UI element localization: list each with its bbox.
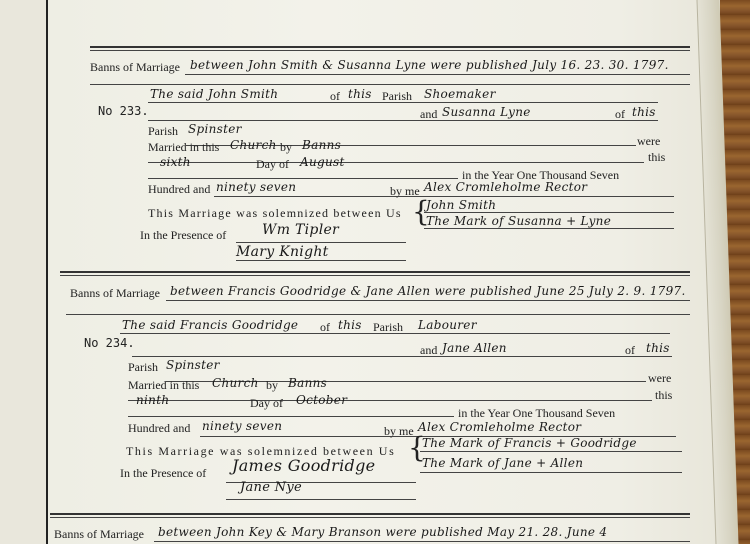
fill-line [132,356,672,357]
marriage-day: ninth [136,393,169,407]
this-label: this [648,150,665,164]
officiant: Alex Cromleholme Rector [418,420,581,434]
fill-line [154,541,690,542]
divider-rule [90,46,690,48]
party1-signature: The Mark of Francis + Goodridge [422,436,637,450]
marriage-method: Banns [288,376,327,390]
divider-rule [66,314,690,315]
banns-text: between John Smith & Susanna Lyne were p… [190,58,669,72]
groom-occupation: Labourer [418,318,477,332]
witness1-signature: James Goodridge [232,459,375,473]
divider-rule [90,50,690,51]
bride-status: Spinster [166,358,220,372]
entry-number: No 234. [84,336,135,350]
marriage-place: Church [230,138,277,152]
and-label: and [420,343,437,357]
and-label: and [420,107,437,121]
parish-label: Parish [148,124,178,138]
divider-rule [60,271,690,273]
this-label: this [655,388,672,402]
by-label: by [280,140,292,154]
party1-signature: John Smith [426,198,496,212]
hundred-label: Hundred and [128,421,190,435]
fill-line [166,300,690,301]
bride-parish: this [632,105,656,119]
fill-line [424,212,674,213]
fill-line [214,196,674,197]
banns-label: Banns of Marriage [70,286,160,300]
presence-label: In the Presence of [140,228,226,242]
parish-label: Parish [373,320,403,334]
marriage-place: Church [212,376,259,390]
fill-line [148,178,458,179]
day-of-label: Day of [250,396,283,410]
witness2-signature: Jane Nye [240,481,302,495]
by-label: by [266,378,278,392]
witness2-signature: Mary Knight [236,245,329,259]
of-label: of [615,107,625,121]
of-label: of [320,320,330,334]
day-of-label: Day of [256,157,289,171]
fill-line [148,162,644,163]
were-label: were [637,134,660,148]
year-words: ninety seven [216,180,296,194]
fill-line [148,120,658,121]
year-label: in the Year One Thousand Seven [458,406,615,420]
banns-text: between John Key & Mary Branson were pub… [158,525,607,539]
hundred-label: Hundred and [148,182,210,196]
banns-text: between Francis Goodridge & Jane Allen w… [170,284,686,298]
groom-name: The said Francis Goodridge [122,318,298,332]
parish-label: Parish [382,89,412,103]
marriage-day: sixth [160,155,191,169]
bride-parish: this [646,341,670,355]
fill-line [420,451,682,452]
fill-line [120,333,670,334]
groom-name: The said John Smith [150,87,278,101]
groom-occupation: Shoemaker [424,87,496,101]
bride-status: Spinster [188,122,242,136]
banns-label: Banns of Marriage [90,60,180,74]
fill-line [236,260,406,261]
married-label: Married in this [128,378,199,392]
fill-line [148,102,658,103]
officiant: Alex Cromleholme Rector [424,180,587,194]
of-label: of [330,89,340,103]
were-label: were [648,371,671,385]
married-label: Married in this [148,140,219,154]
presence-label: In the Presence of [120,466,206,480]
solemnized-label: This Marriage was solemnized between Us [148,206,402,220]
banns-label: Banns of Marriage [54,527,144,541]
divider-rule [60,275,690,276]
entry-number: No 233. [98,104,149,118]
fill-line [128,416,454,417]
fill-line [420,472,682,473]
groom-parish: this [338,318,362,332]
of-label: of [625,343,635,357]
fill-line [226,499,416,500]
parish-label: Parish [128,360,158,374]
marriage-month: October [296,393,347,407]
divider-rule [50,513,690,515]
marriage-month: August [300,155,345,169]
bride-name: Jane Allen [442,341,507,355]
left-page-edge [0,0,48,544]
marriage-method: Banns [302,138,341,152]
groom-parish: this [348,87,372,101]
party2-signature: The Mark of Susanna + Lyne [426,214,611,228]
divider-rule [50,517,690,518]
fill-line [236,242,406,243]
fill-line [185,74,690,75]
divider-rule [90,84,690,85]
party2-signature: The Mark of Jane + Allen [422,456,583,470]
witness1-signature: Wm Tipler [262,223,339,237]
year-words: ninety seven [202,419,282,433]
fill-line [128,400,652,401]
fill-line [424,228,674,229]
bride-name: Susanna Lyne [442,105,531,119]
